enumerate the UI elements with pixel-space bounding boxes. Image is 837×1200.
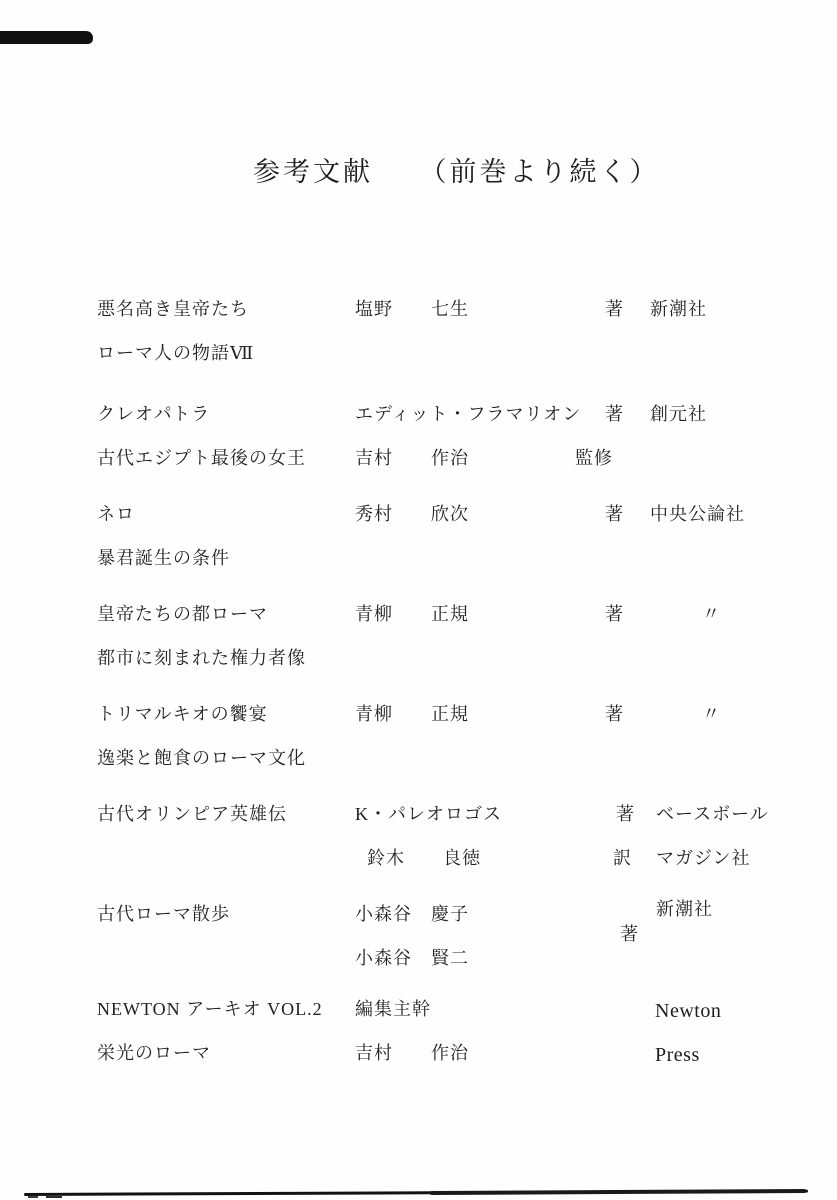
bib-title-line2: ローマ人の物語Ⅶ	[97, 344, 254, 364]
scan-artifact-bottom-dash	[28, 1196, 38, 1198]
bib-pub-line1: 創元社	[650, 405, 707, 425]
bib-role-line1: 著	[605, 300, 624, 320]
bib-author-line1: エディット・フラマリオン	[355, 405, 581, 425]
bib-author-line1: 小森谷 慶子	[355, 905, 469, 925]
bib-entry: 皇帝たちの都ローマ都市に刻まれた権力者像青柳 正規著〃	[0, 605, 837, 697]
bib-title-line2: 暴君誕生の条件	[97, 549, 230, 569]
bib-entry: ネロ暴君誕生の条件秀村 欣次著中央公論社	[0, 505, 837, 597]
bib-author-line2: 鈴木 良徳	[367, 849, 481, 869]
bib-pub-line1: 〃	[702, 605, 721, 625]
scanned-bibliography-page: 参考文献 （前巻より続く） 悪名高き皇帝たちローマ人の物語Ⅶ塩野 七生著新潮社ク…	[0, 0, 837, 1200]
bib-author-line1: 塩野 七生	[355, 300, 469, 320]
bib-author-line2: 吉村 作治	[355, 449, 469, 469]
bib-author-line2: 小森谷 賢二	[355, 949, 469, 969]
bib-author-line1: K・パレオロゴス	[355, 805, 502, 825]
scan-artifact-top-left	[0, 31, 93, 44]
scan-artifact-bottom-dash	[46, 1196, 62, 1198]
scan-artifact-bottom-edge-thick	[430, 1189, 806, 1195]
page-title: 参考文献 （前巻より続く）	[253, 150, 660, 189]
bib-entry: クレオパトラ古代エジプト最後の女王エディット・フラマリオン吉村 作治著監修創元社	[0, 405, 837, 497]
bib-role-line1: 著	[605, 605, 624, 625]
bib-title-line1: 古代オリンピア英雄伝	[97, 805, 287, 825]
bib-author-line1: 編集主幹	[355, 1000, 431, 1020]
bib-author-line2: 吉村 作治	[355, 1044, 469, 1064]
bib-title-line2: 古代エジプト最後の女王	[97, 449, 306, 469]
bib-entry: NEWTON アーキオ VOL.2栄光のローマ編集主幹吉村 作治NewtonPr…	[0, 1000, 837, 1092]
bib-entry: 古代ローマ散歩小森谷 慶子小森谷 賢二著新潮社	[0, 905, 837, 997]
bib-role-line1: 著	[616, 805, 635, 825]
bib-role-line1: 著	[605, 405, 624, 425]
bib-title-line1: ネロ	[97, 505, 135, 525]
bib-role-line2: 監修	[575, 449, 613, 469]
bib-pub-line1: 新潮社	[650, 300, 707, 320]
bib-title-line1: 皇帝たちの都ローマ	[97, 605, 268, 625]
bib-entry: トリマルキオの饗宴逸楽と飽食のローマ文化青柳 正規著〃	[0, 705, 837, 797]
bib-entry: 古代オリンピア英雄伝K・パレオロゴス鈴木 良徳著訳ベースボールマガジン社	[0, 805, 837, 897]
bib-title-line1: 古代ローマ散歩	[97, 905, 230, 925]
bib-pub-line1: 〃	[702, 705, 721, 725]
bib-title-line1: クレオパトラ	[97, 405, 210, 425]
bib-pub-line2: Press	[655, 1044, 700, 1066]
bib-pub-line1: 新潮社	[656, 900, 713, 920]
bib-title-line2: 栄光のローマ	[97, 1044, 211, 1064]
bib-role-line1: 著	[605, 705, 624, 725]
bib-pub-line1: ベースボール	[656, 805, 769, 825]
bib-title-line2: 都市に刻まれた権力者像	[97, 649, 306, 669]
bib-pub-line1: Newton	[655, 1000, 721, 1022]
bib-author-line1: 青柳 正規	[355, 705, 469, 725]
bib-title-line1: トリマルキオの饗宴	[97, 705, 268, 725]
bib-title-line1: 悪名高き皇帝たち	[97, 300, 249, 320]
bib-pub-line2: マガジン社	[656, 849, 751, 869]
bib-title-line2: 逸楽と飽食のローマ文化	[97, 749, 306, 769]
bib-role-line1: 著	[620, 925, 639, 945]
bib-role-line1: 著	[605, 505, 624, 525]
bib-pub-line1: 中央公論社	[650, 505, 745, 525]
bib-entry: 悪名高き皇帝たちローマ人の物語Ⅶ塩野 七生著新潮社	[0, 300, 837, 392]
bib-author-line1: 秀村 欣次	[355, 505, 469, 525]
bib-role-line2: 訳	[613, 849, 632, 869]
bib-author-line1: 青柳 正規	[355, 605, 469, 625]
bib-title-line1: NEWTON アーキオ VOL.2	[97, 1000, 323, 1020]
